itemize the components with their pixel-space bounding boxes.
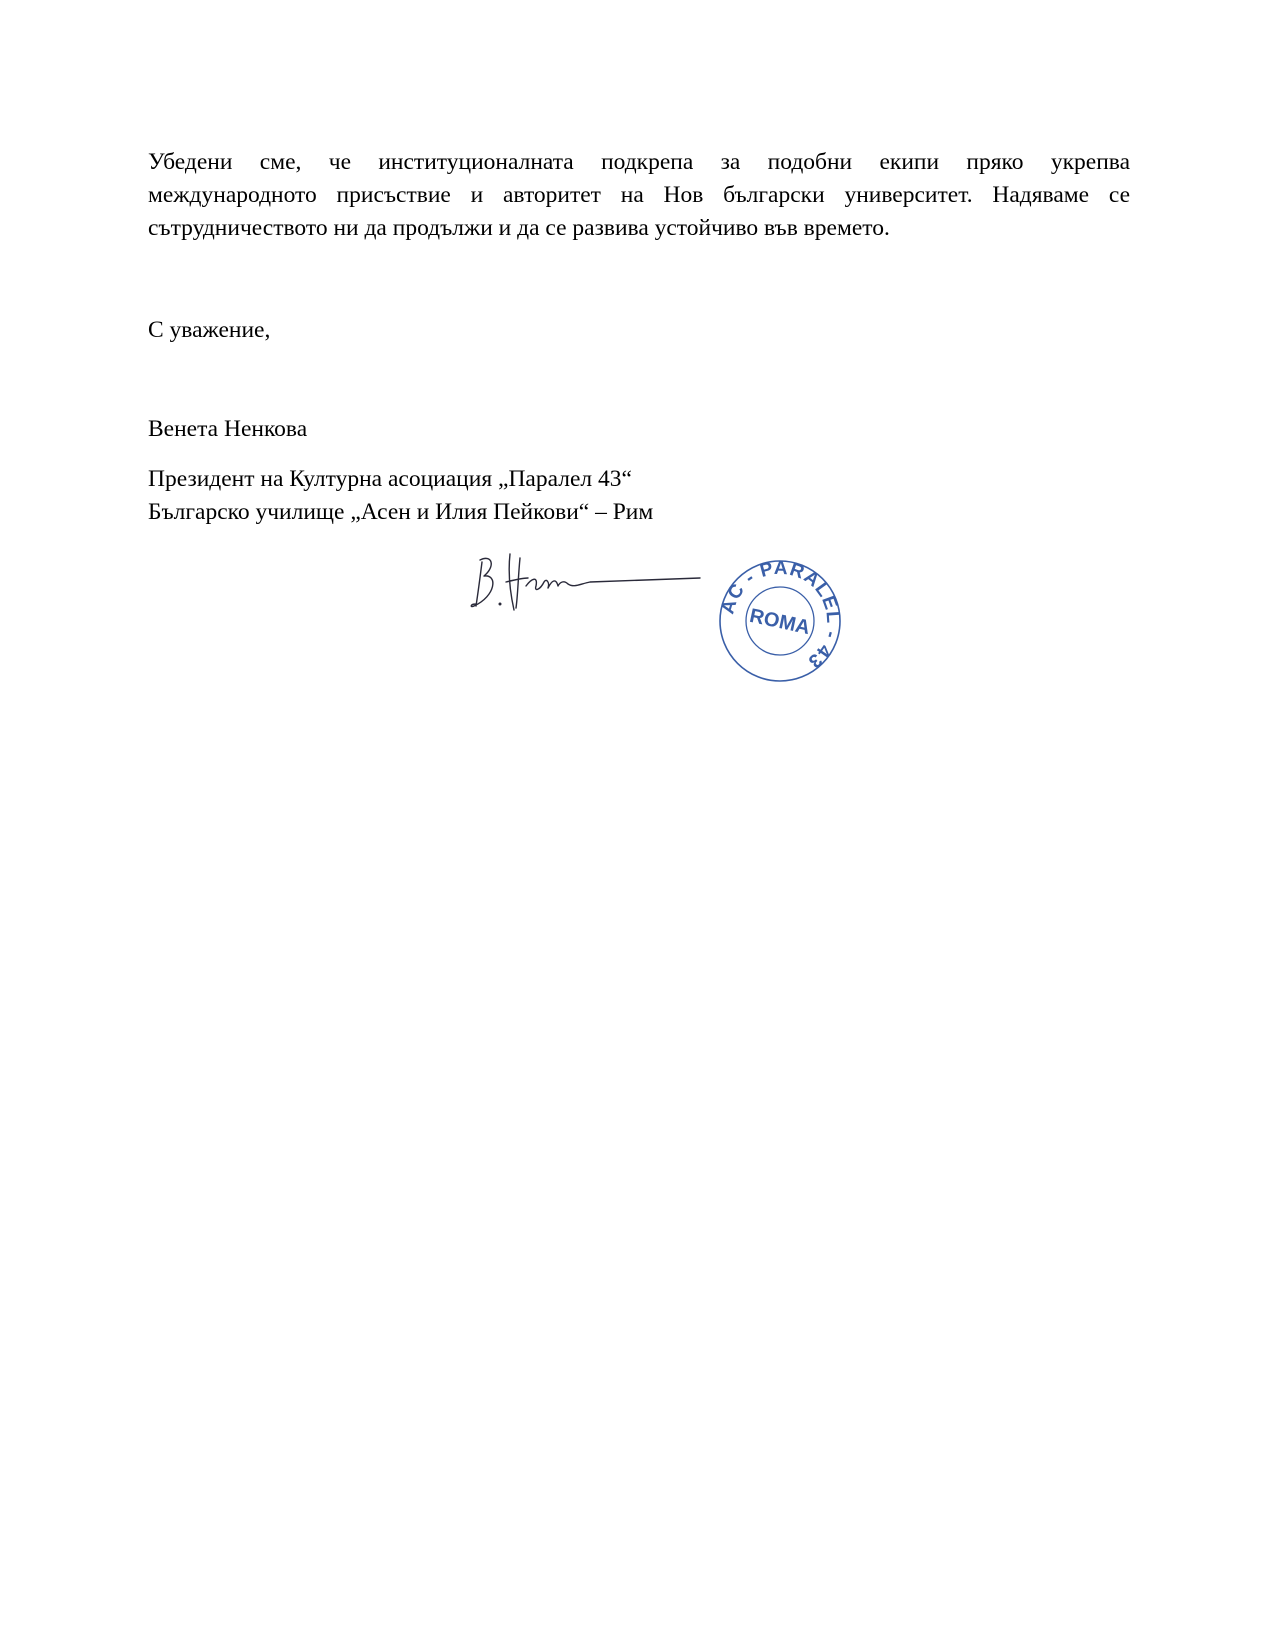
document-page: Убедени сме, че институционалната подкре… — [0, 0, 1275, 1650]
round-stamp-icon: AC - PARALEL - 43 ROMA — [715, 556, 845, 686]
body-paragraph: Убедени сме, че институционалната подкре… — [148, 146, 1130, 245]
closing-salutation: С уважение, — [148, 314, 270, 347]
signer-title: Президент на Културна асоциация „Паралел… — [148, 463, 632, 496]
svg-text:ROMA: ROMA — [748, 605, 812, 639]
paragraph-line: международното присъствие и авторитет на… — [148, 179, 1130, 212]
signature-icon — [470, 548, 730, 618]
signer-affiliation: Българско училище „Асен и Илия Пейкови“ … — [148, 496, 653, 529]
paragraph-line: Убедени сме, че институционалната подкре… — [148, 146, 1130, 179]
signer-name: Венета Ненкова — [148, 413, 307, 446]
paragraph-line: сътрудничеството ни да продължи и да се … — [148, 212, 1130, 245]
